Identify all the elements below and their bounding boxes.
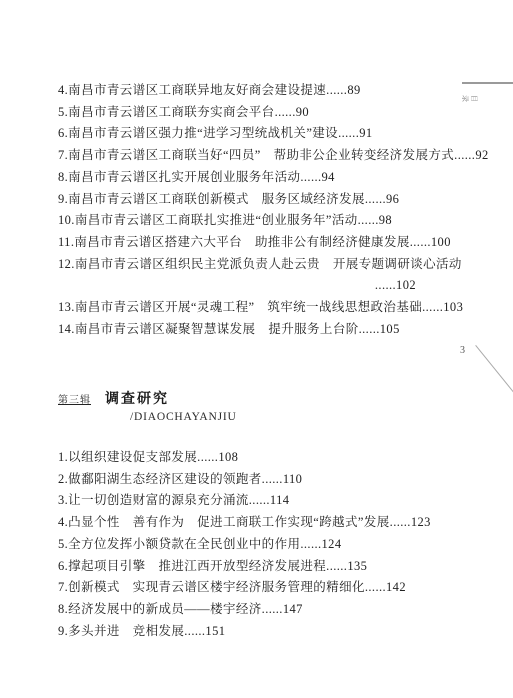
toc-item: 6.撑起项目引擎 推进江西开放型经济发展进程......135: [58, 556, 416, 578]
margin-vertical-label-text: 目录: [460, 95, 478, 107]
section-pinyin-slug: /DIAOCHAYANJIU: [130, 411, 237, 423]
toc-item: 2.做鄱阳湖生态经济区建设的领跑者......110: [58, 469, 416, 491]
section-header: 第三辑 调查研究: [58, 388, 169, 406]
toc-item: 12.南昌市青云谱区组织民主党派负责人赴云贵 开展专题调研谈心活动: [58, 254, 416, 276]
toc-item: 5.南昌市青云谱区工商联夯实商会平台......90: [58, 102, 416, 124]
toc-item: 13.南昌市青云谱区开展“灵魂工程” 筑牢统一战线思想政治基础......103: [58, 297, 416, 319]
toc-item: 4.凸显个性 善有作为 促进工商联工作实现“跨越式”发展......123: [58, 512, 416, 534]
toc-item: 8.经济发展中的新成员——楼宇经济......147: [58, 599, 416, 621]
section-title: 调查研究: [105, 388, 169, 408]
toc-item: 9.多头并进 竞相发展......151: [58, 621, 416, 643]
toc-list-continued: 4.南昌市青云谱区工商联异地友好商会建设提速......89 5.南昌市青云谱区…: [58, 80, 416, 340]
section-tag: 第三辑: [58, 391, 91, 406]
toc-item: 14.南昌市青云谱区凝聚智慧谋发展 提升服务上台阶......105: [58, 319, 416, 341]
toc-item: 4.南昌市青云谱区工商联异地友好商会建设提速......89: [58, 80, 416, 102]
toc-item: 3.让一切创造财富的源泉充分涌流......114: [58, 490, 416, 512]
toc-item: 7.创新模式 实现青云谱区楼宇经济服务管理的精细化......142: [58, 577, 416, 599]
toc-item: 10.南昌市青云谱区工商联扎实推进“创业服务年”活动......98: [58, 210, 416, 232]
toc-item: 8.南昌市青云谱区扎实开展创业服务年活动......94: [58, 167, 416, 189]
toc-item: 6.南昌市青云谱区强力推“进学习型统战机关”建设......91: [58, 123, 416, 145]
toc-page: 目录 3 4.南昌市青云谱区工商联异地友好商会建设提速......89 5.南昌…: [0, 0, 513, 698]
margin-rule: [462, 82, 513, 84]
toc-item: 7.南昌市青云谱区工商联当好“四员” 帮助非公企业转变经济发展方式......9…: [58, 145, 416, 167]
page-number: 3: [460, 345, 465, 356]
toc-item: 9.南昌市青云谱区工商联创新模式 服务区域经济发展......96: [58, 189, 416, 211]
toc-item: 1.以组织建设促支部发展......108: [58, 447, 416, 469]
diagonal-crease-line: [475, 345, 513, 392]
toc-item: 11.南昌市青云谱区搭建六大平台 助推非公有制经济健康发展......100: [58, 232, 416, 254]
toc-item: 5.全方位发挥小额贷款在全民创业中的作用......124: [58, 534, 416, 556]
toc-list-research: 1.以组织建设促支部发展......108 2.做鄱阳湖生态经济区建设的领跑者.…: [58, 447, 416, 642]
toc-item-page-continuation: ......102: [58, 275, 416, 297]
margin-vertical-label: 目录: [463, 92, 475, 110]
